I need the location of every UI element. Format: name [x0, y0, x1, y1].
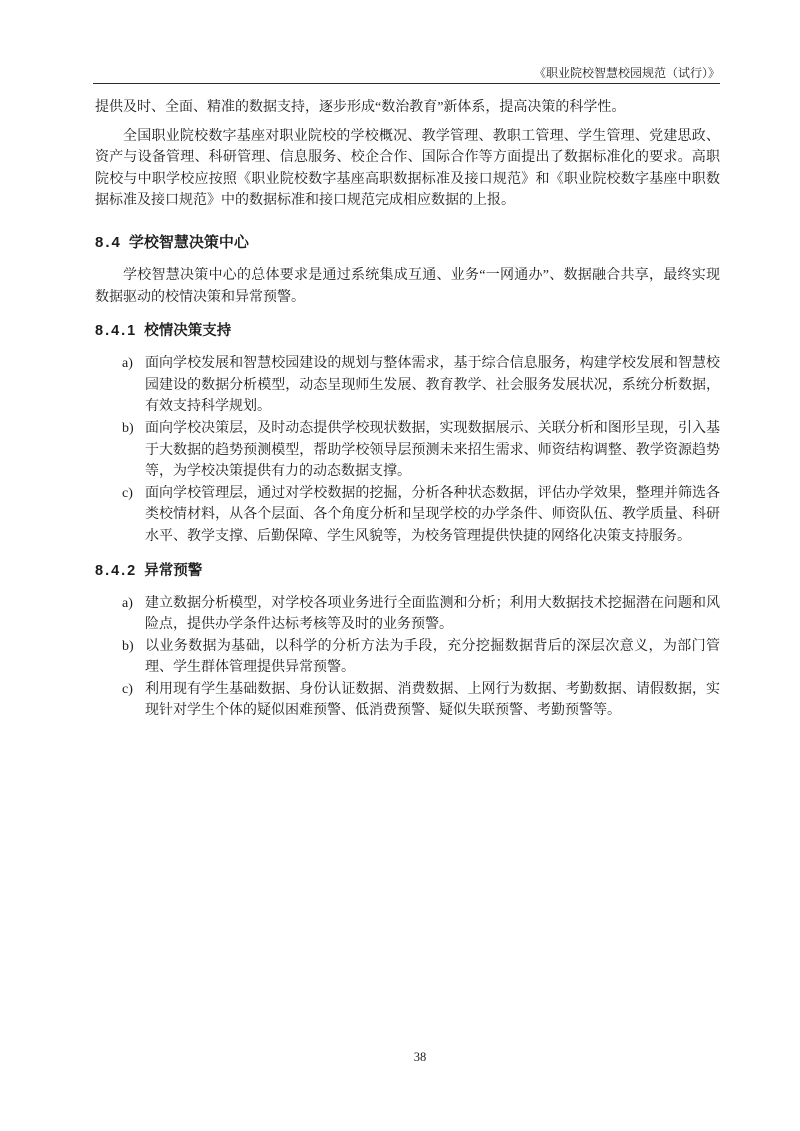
list-item-text: 面向学校决策层，及时动态提供学校现状数据，实现数据展示、关联分析和图形呈现，引入…	[145, 418, 720, 483]
paragraph-digital-base: 全国职业院校数字基座对职业院校的学校概况、教学管理、教职工管理、学生管理、党建思…	[95, 126, 720, 212]
list-item: c) 利用现有学生基础数据、身份认证数据、消费数据、上网行为数据、考勤数据、请假…	[122, 679, 720, 722]
list-item-marker: c)	[122, 483, 145, 505]
list-item-text: 以业务数据为基础，以科学的分析方法为手段，充分挖掘数据背后的深层次意义，为部门管…	[145, 636, 720, 679]
section-title: 校情决策支持	[144, 323, 231, 339]
list-item-marker: a)	[122, 353, 145, 375]
list-8-4-1: a) 面向学校发展和智慧校园建设的规划与整体需求，基于综合信息服务，构建学校发展…	[95, 353, 720, 547]
page-content: 提供及时、全面、精准的数据支持，逐步形成“数治教育”新体系，提高决策的科学性。 …	[95, 97, 720, 722]
section-heading-8-4-2: 8.4.2异常预警	[95, 562, 720, 581]
page-number: 38	[95, 1050, 745, 1065]
list-item-marker: b)	[122, 418, 145, 440]
list-item: b) 以业务数据为基础，以科学的分析方法为手段，充分挖掘数据背后的深层次意义，为…	[122, 636, 720, 679]
section-heading-8-4-1: 8.4.1校情决策支持	[95, 322, 720, 341]
list-item: b) 面向学校决策层，及时动态提供学校现状数据，实现数据展示、关联分析和图形呈现…	[122, 418, 720, 483]
document-page: 《职业院校智慧校园规范（试行）》 提供及时、全面、精准的数据支持，逐步形成“数治…	[0, 0, 800, 1131]
section-number: 8.4	[95, 234, 122, 251]
list-item-marker: b)	[122, 636, 145, 658]
list-item-marker: a)	[122, 593, 145, 615]
section-title: 异常预警	[144, 563, 202, 579]
list-item: c) 面向学校管理层，通过对学校数据的挖掘，分析各种状态数据，评估办学效果，整理…	[122, 483, 720, 548]
section-title: 学校智慧决策中心	[129, 234, 249, 251]
paragraph-section-8-4-intro: 学校智慧决策中心的总体要求是通过系统集成互通、业务“一网通办”、数据融合共享，最…	[95, 265, 720, 308]
running-header-title: 《职业院校智慧校园规范（试行）》	[93, 66, 720, 81]
header-rule	[93, 83, 720, 84]
list-item-text: 面向学校管理层，通过对学校数据的挖掘，分析各种状态数据，评估办学效果，整理并筛选…	[145, 483, 720, 548]
list-item-text: 利用现有学生基础数据、身份认证数据、消费数据、上网行为数据、考勤数据、请假数据，…	[145, 679, 720, 722]
list-item-marker: c)	[122, 679, 145, 701]
list-8-4-2: a) 建立数据分析模型，对学校各项业务进行全面监测和分析；利用大数据技术挖掘潜在…	[95, 593, 720, 723]
list-item: a) 建立数据分析模型，对学校各项业务进行全面监测和分析；利用大数据技术挖掘潜在…	[122, 593, 720, 636]
list-item-text: 建立数据分析模型，对学校各项业务进行全面监测和分析；利用大数据技术挖掘潜在问题和…	[145, 593, 720, 636]
section-number: 8.4.2	[95, 563, 137, 579]
section-number: 8.4.1	[95, 323, 137, 339]
paragraph-continuation: 提供及时、全面、精准的数据支持，逐步形成“数治教育”新体系，提高决策的科学性。	[95, 97, 720, 119]
list-item-text: 面向学校发展和智慧校园建设的规划与整体需求，基于综合信息服务，构建学校发展和智慧…	[145, 353, 720, 418]
list-item: a) 面向学校发展和智慧校园建设的规划与整体需求，基于综合信息服务，构建学校发展…	[122, 353, 720, 418]
section-heading-8-4: 8.4学校智慧决策中心	[95, 233, 720, 252]
